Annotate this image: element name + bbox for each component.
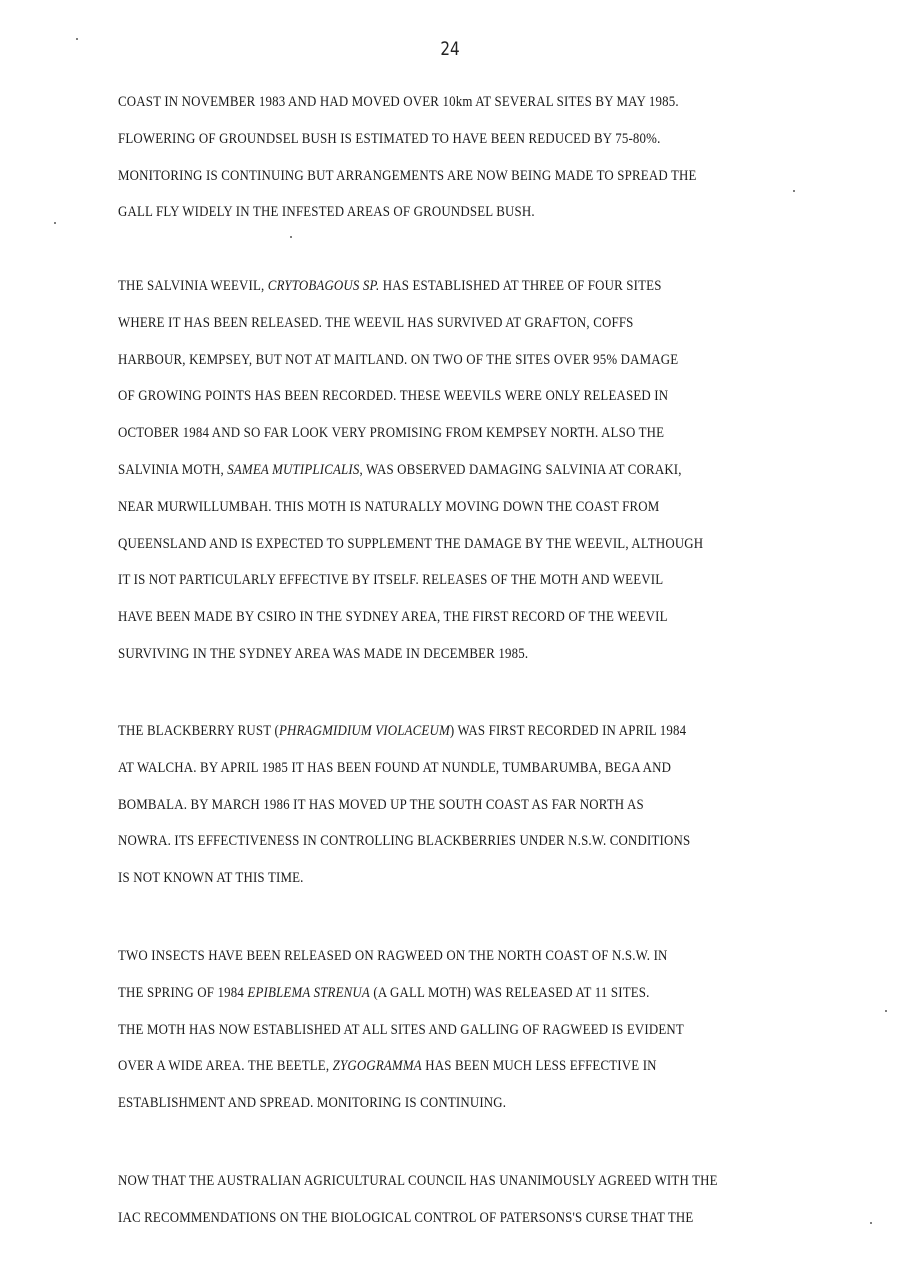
text-segment: HARBOUR, KEMPSEY, BUT NOT AT MAITLAND. O… <box>118 352 678 368</box>
text-segment: ESTABLISHMENT AND SPREAD. MONITORING IS … <box>118 1095 506 1111</box>
scan-speck <box>290 236 292 238</box>
text-line: HAVE BEEN MADE BY CSIRO IN THE SYDNEY AR… <box>118 599 754 636</box>
text-segment: THE SALVINIA WEEVIL, <box>118 278 268 294</box>
text-segment: OVER A WIDE AREA. THE BEETLE, <box>118 1058 333 1074</box>
text-segment: THE SPRING OF 1984 <box>118 985 247 1001</box>
text-segment: HAVE BEEN MADE BY CSIRO IN THE SYDNEY AR… <box>118 609 668 625</box>
text-segment: WHERE IT HAS BEEN RELEASED. THE WEEVIL H… <box>118 315 634 331</box>
scan-speck <box>885 1010 887 1012</box>
text-segment: TWO INSECTS HAVE BEEN RELEASED ON RAGWEE… <box>118 948 668 964</box>
text-line: COAST IN NOVEMBER 1983 AND HAD MOVED OVE… <box>118 84 754 121</box>
text-line: TWO INSECTS HAVE BEEN RELEASED ON RAGWEE… <box>118 938 754 975</box>
text-segment: HAS ESTABLISHED AT THREE OF FOUR SITES <box>379 278 661 294</box>
text-line: HARBOUR, KEMPSEY, BUT NOT AT MAITLAND. O… <box>118 342 754 379</box>
text-line: OVER A WIDE AREA. THE BEETLE, ZYGOGRAMMA… <box>118 1048 754 1085</box>
text-segment: SURVIVING IN THE SYDNEY AREA WAS MADE IN… <box>118 646 528 662</box>
text-line: IT IS NOT PARTICULARLY EFFECTIVE BY ITSE… <box>118 562 754 599</box>
text-line: NEAR MURWILLUMBAH. THIS MOTH IS NATURALL… <box>118 489 754 526</box>
text-segment: IAC RECOMMENDATIONS ON THE BIOLOGICAL CO… <box>118 1210 693 1226</box>
scan-speck <box>793 190 795 192</box>
text-segment: , WAS OBSERVED DAMAGING SALVINIA AT CORA… <box>359 462 681 478</box>
text-segment: NEAR MURWILLUMBAH. THIS MOTH IS NATURALL… <box>118 499 659 515</box>
text-line: NOW THAT THE AUSTRALIAN AGRICULTURAL COU… <box>118 1163 754 1200</box>
text-line: WHERE IT HAS BEEN RELEASED. THE WEEVIL H… <box>118 305 754 342</box>
text-segment: HAS BEEN MUCH LESS EFFECTIVE IN <box>422 1058 657 1074</box>
paragraph-ragweed-insects: TWO INSECTS HAVE BEEN RELEASED ON RAGWEE… <box>118 938 858 1122</box>
text-segment: BOMBALA. BY MARCH 1986 IT HAS MOVED UP T… <box>118 797 644 813</box>
text-segment: MONITORING IS CONTINUING BUT ARRANGEMENT… <box>118 168 697 184</box>
text-segment: THE MOTH HAS NOW ESTABLISHED AT ALL SITE… <box>118 1022 684 1038</box>
text-line: OCTOBER 1984 AND SO FAR LOOK VERY PROMIS… <box>118 415 754 452</box>
text-line: ESTABLISHMENT AND SPREAD. MONITORING IS … <box>118 1085 754 1122</box>
scan-speck <box>870 1222 872 1224</box>
text-segment: GALL FLY WIDELY IN THE INFESTED AREAS OF… <box>118 204 535 220</box>
text-segment: THE BLACKBERRY RUST ( <box>118 723 279 739</box>
text-line: IS NOT KNOWN AT THIS TIME. <box>118 860 754 897</box>
text-line: NOWRA. ITS EFFECTIVENESS IN CONTROLLING … <box>118 823 754 860</box>
scan-speck <box>54 222 56 224</box>
text-segment: FLOWERING OF GROUNDSEL BUSH IS ESTIMATED… <box>118 131 660 147</box>
text-segment: ) WAS FIRST RECORDED IN APRIL 1984 <box>450 723 686 739</box>
text-segment: NOWRA. ITS EFFECTIVENESS IN CONTROLLING … <box>118 833 690 849</box>
species-name: EPIBLEMA STRENUA <box>247 985 370 1001</box>
text-segment: IS NOT KNOWN AT THIS TIME. <box>118 870 304 886</box>
text-line: BOMBALA. BY MARCH 1986 IT HAS MOVED UP T… <box>118 787 754 824</box>
text-line: QUEENSLAND AND IS EXPECTED TO SUPPLEMENT… <box>118 526 754 563</box>
scan-speck <box>76 38 78 40</box>
text-segment: AT WALCHA. BY APRIL 1985 IT HAS BEEN FOU… <box>118 760 671 776</box>
text-segment: OF GROWING POINTS HAS BEEN RECORDED. THE… <box>118 388 668 404</box>
text-segment: NOW THAT THE AUSTRALIAN AGRICULTURAL COU… <box>118 1173 718 1189</box>
text-line: THE SALVINIA WEEVIL, CRYTOBAGOUS SP. HAS… <box>118 268 754 305</box>
text-line: SALVINIA MOTH, SAMEA MUTIPLICALIS, WAS O… <box>118 452 754 489</box>
paragraph-patersons-curse: NOW THAT THE AUSTRALIAN AGRICULTURAL COU… <box>118 1163 858 1237</box>
species-name: SAMEA MUTIPLICALIS <box>227 462 359 478</box>
text-line: SURVIVING IN THE SYDNEY AREA WAS MADE IN… <box>118 636 754 673</box>
text-line: IAC RECOMMENDATIONS ON THE BIOLOGICAL CO… <box>118 1200 754 1237</box>
text-line: THE MOTH HAS NOW ESTABLISHED AT ALL SITE… <box>118 1012 754 1049</box>
species-name: CRYTOBAGOUS SP. <box>268 278 380 294</box>
text-line: THE BLACKBERRY RUST (PHRAGMIDIUM VIOLACE… <box>118 713 754 750</box>
page-number: 24 <box>90 38 810 60</box>
paragraph-groundsel-gall-fly: COAST IN NOVEMBER 1983 AND HAD MOVED OVE… <box>118 84 858 231</box>
text-segment: SALVINIA MOTH, <box>118 462 227 478</box>
text-line: GALL FLY WIDELY IN THE INFESTED AREAS OF… <box>118 194 754 231</box>
paragraph-salvinia-weevil: THE SALVINIA WEEVIL, CRYTOBAGOUS SP. HAS… <box>118 268 858 673</box>
text-segment: IT IS NOT PARTICULARLY EFFECTIVE BY ITSE… <box>118 572 663 588</box>
species-name: PHRAGMIDIUM VIOLACEUM <box>279 723 450 739</box>
text-segment: OCTOBER 1984 AND SO FAR LOOK VERY PROMIS… <box>118 425 664 441</box>
text-segment: (A GALL MOTH) WAS RELEASED AT 11 SITES. <box>370 985 650 1001</box>
text-line: MONITORING IS CONTINUING BUT ARRANGEMENT… <box>118 158 754 195</box>
text-line: OF GROWING POINTS HAS BEEN RECORDED. THE… <box>118 378 754 415</box>
text-segment: QUEENSLAND AND IS EXPECTED TO SUPPLEMENT… <box>118 536 703 552</box>
text-line: AT WALCHA. BY APRIL 1985 IT HAS BEEN FOU… <box>118 750 754 787</box>
text-segment: COAST IN NOVEMBER 1983 AND HAD MOVED OVE… <box>118 94 679 110</box>
paragraph-blackberry-rust: THE BLACKBERRY RUST (PHRAGMIDIUM VIOLACE… <box>118 713 858 897</box>
species-name: ZYGOGRAMMA <box>333 1058 422 1074</box>
text-line: THE SPRING OF 1984 EPIBLEMA STRENUA (A G… <box>118 975 754 1012</box>
text-line: FLOWERING OF GROUNDSEL BUSH IS ESTIMATED… <box>118 121 754 158</box>
